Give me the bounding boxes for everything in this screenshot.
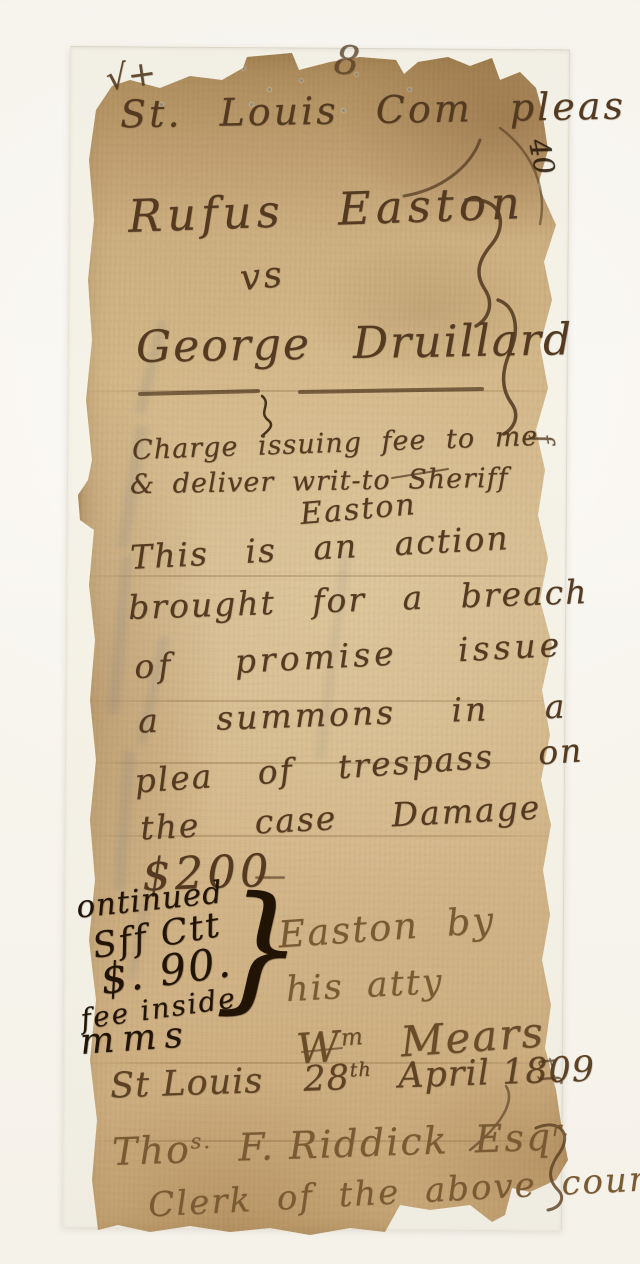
- defendant-underline-right: [300, 389, 482, 392]
- court-title-flourish: [500, 128, 542, 224]
- defendant-bracket: [498, 300, 516, 434]
- signature-underline: [302, 1048, 342, 1052]
- esquire-tail: [470, 1086, 509, 1150]
- defendant-underline-left: [140, 391, 258, 394]
- court-title-tail: [404, 140, 480, 196]
- plaintiff-bracket: [466, 200, 500, 326]
- sheriff-cross-stroke: [392, 469, 448, 478]
- underline-squiggle: [262, 396, 271, 436]
- bottom-right-curl: [536, 1125, 565, 1210]
- ink-flourishes: [0, 0, 640, 1264]
